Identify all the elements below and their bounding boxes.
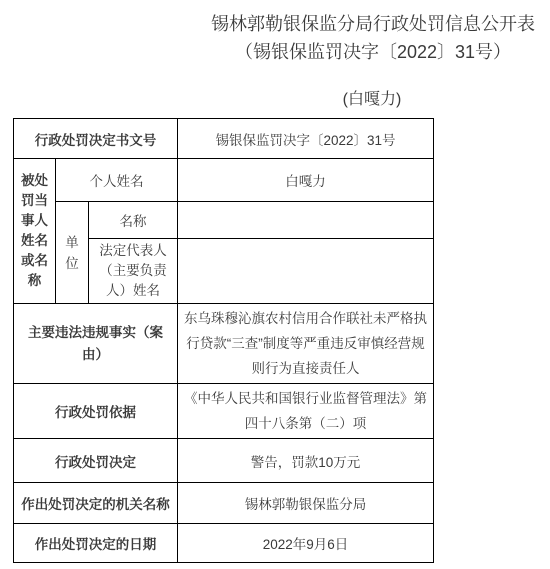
- org-name-label: 名称: [89, 202, 178, 239]
- penalty-disclosure-page: 锡林郭勒银保监分局行政处罚信息公开表 （锡银保监罚决字〔2022〕31号） (白…: [0, 0, 550, 569]
- date-value: 2022年9月6日: [178, 524, 434, 563]
- decision-value: 警告，罚款10万元: [178, 439, 434, 483]
- table-row-org-name: 单位 名称: [14, 202, 434, 239]
- table-row-date: 作出处罚决定的日期 2022年9月6日: [14, 524, 434, 563]
- personal-name-value: 白嘎力: [178, 159, 434, 202]
- personal-name-label: 个人姓名: [56, 159, 178, 202]
- table-row-decision-doc-no: 行政处罚决定书文号 锡银保监罚决字〔2022〕31号: [14, 119, 434, 159]
- authority-label: 作出处罚决定的机关名称: [14, 483, 178, 524]
- table-row-basis: 行政处罚依据 《中华人民共和国银行业监督管理法》第四十八条第（二）项: [14, 384, 434, 439]
- authority-value: 锡林郭勒银保监分局: [178, 483, 434, 524]
- org-name-value: [178, 202, 434, 239]
- basis-value: 《中华人民共和国银行业监督管理法》第四十八条第（二）项: [178, 384, 434, 439]
- basis-label: 行政处罚依据: [14, 384, 178, 439]
- person-note: (白嘎力): [280, 90, 464, 110]
- legal-rep-value: [178, 239, 434, 304]
- legal-rep-label: 法定代表人（主要负责人）姓名: [89, 239, 178, 304]
- page-title: 锡林郭勒银保监分局行政处罚信息公开表: [200, 10, 546, 38]
- document-number-subtitle: （锡银保监罚决字〔2022〕31号）: [200, 38, 546, 66]
- document-header: 锡林郭勒银保监分局行政处罚信息公开表 （锡银保监罚决字〔2022〕31号）: [200, 10, 546, 66]
- facts-label-cell: 主要违法违规事实（案由）: [14, 304, 178, 384]
- table-row-facts: 主要违法违规事实（案由） 东乌珠穆沁旗农村信用合作联社未严格执行贷款“三查”制度…: [14, 304, 434, 384]
- org-label: 单位: [65, 232, 80, 274]
- decision-doc-no-label: 行政处罚决定书文号: [14, 119, 178, 159]
- table-row-authority: 作出处罚决定的机关名称 锡林郭勒银保监分局: [14, 483, 434, 524]
- table-row-decision: 行政处罚决定 警告，罚款10万元: [14, 439, 434, 483]
- facts-label: 主要违法违规事实（案由）: [26, 322, 166, 366]
- party-group-label-cell: 被处罚当事人姓名或名称: [14, 159, 56, 304]
- party-group-label: 被处罚当事人姓名或名称: [20, 171, 49, 291]
- facts-value: 东乌珠穆沁旗农村信用合作联社未严格执行贷款“三查”制度等严重违反审慎经营规则行为…: [178, 304, 434, 384]
- decision-doc-no-value: 锡银保监罚决字〔2022〕31号: [178, 119, 434, 159]
- org-label-cell: 单位: [56, 202, 89, 304]
- table-row-personal-name: 被处罚当事人姓名或名称 个人姓名 白嘎力: [14, 159, 434, 202]
- penalty-table: 行政处罚决定书文号 锡银保监罚决字〔2022〕31号 被处罚当事人姓名或名称 个…: [13, 118, 434, 563]
- date-label: 作出处罚决定的日期: [14, 524, 178, 563]
- decision-label: 行政处罚决定: [14, 439, 178, 483]
